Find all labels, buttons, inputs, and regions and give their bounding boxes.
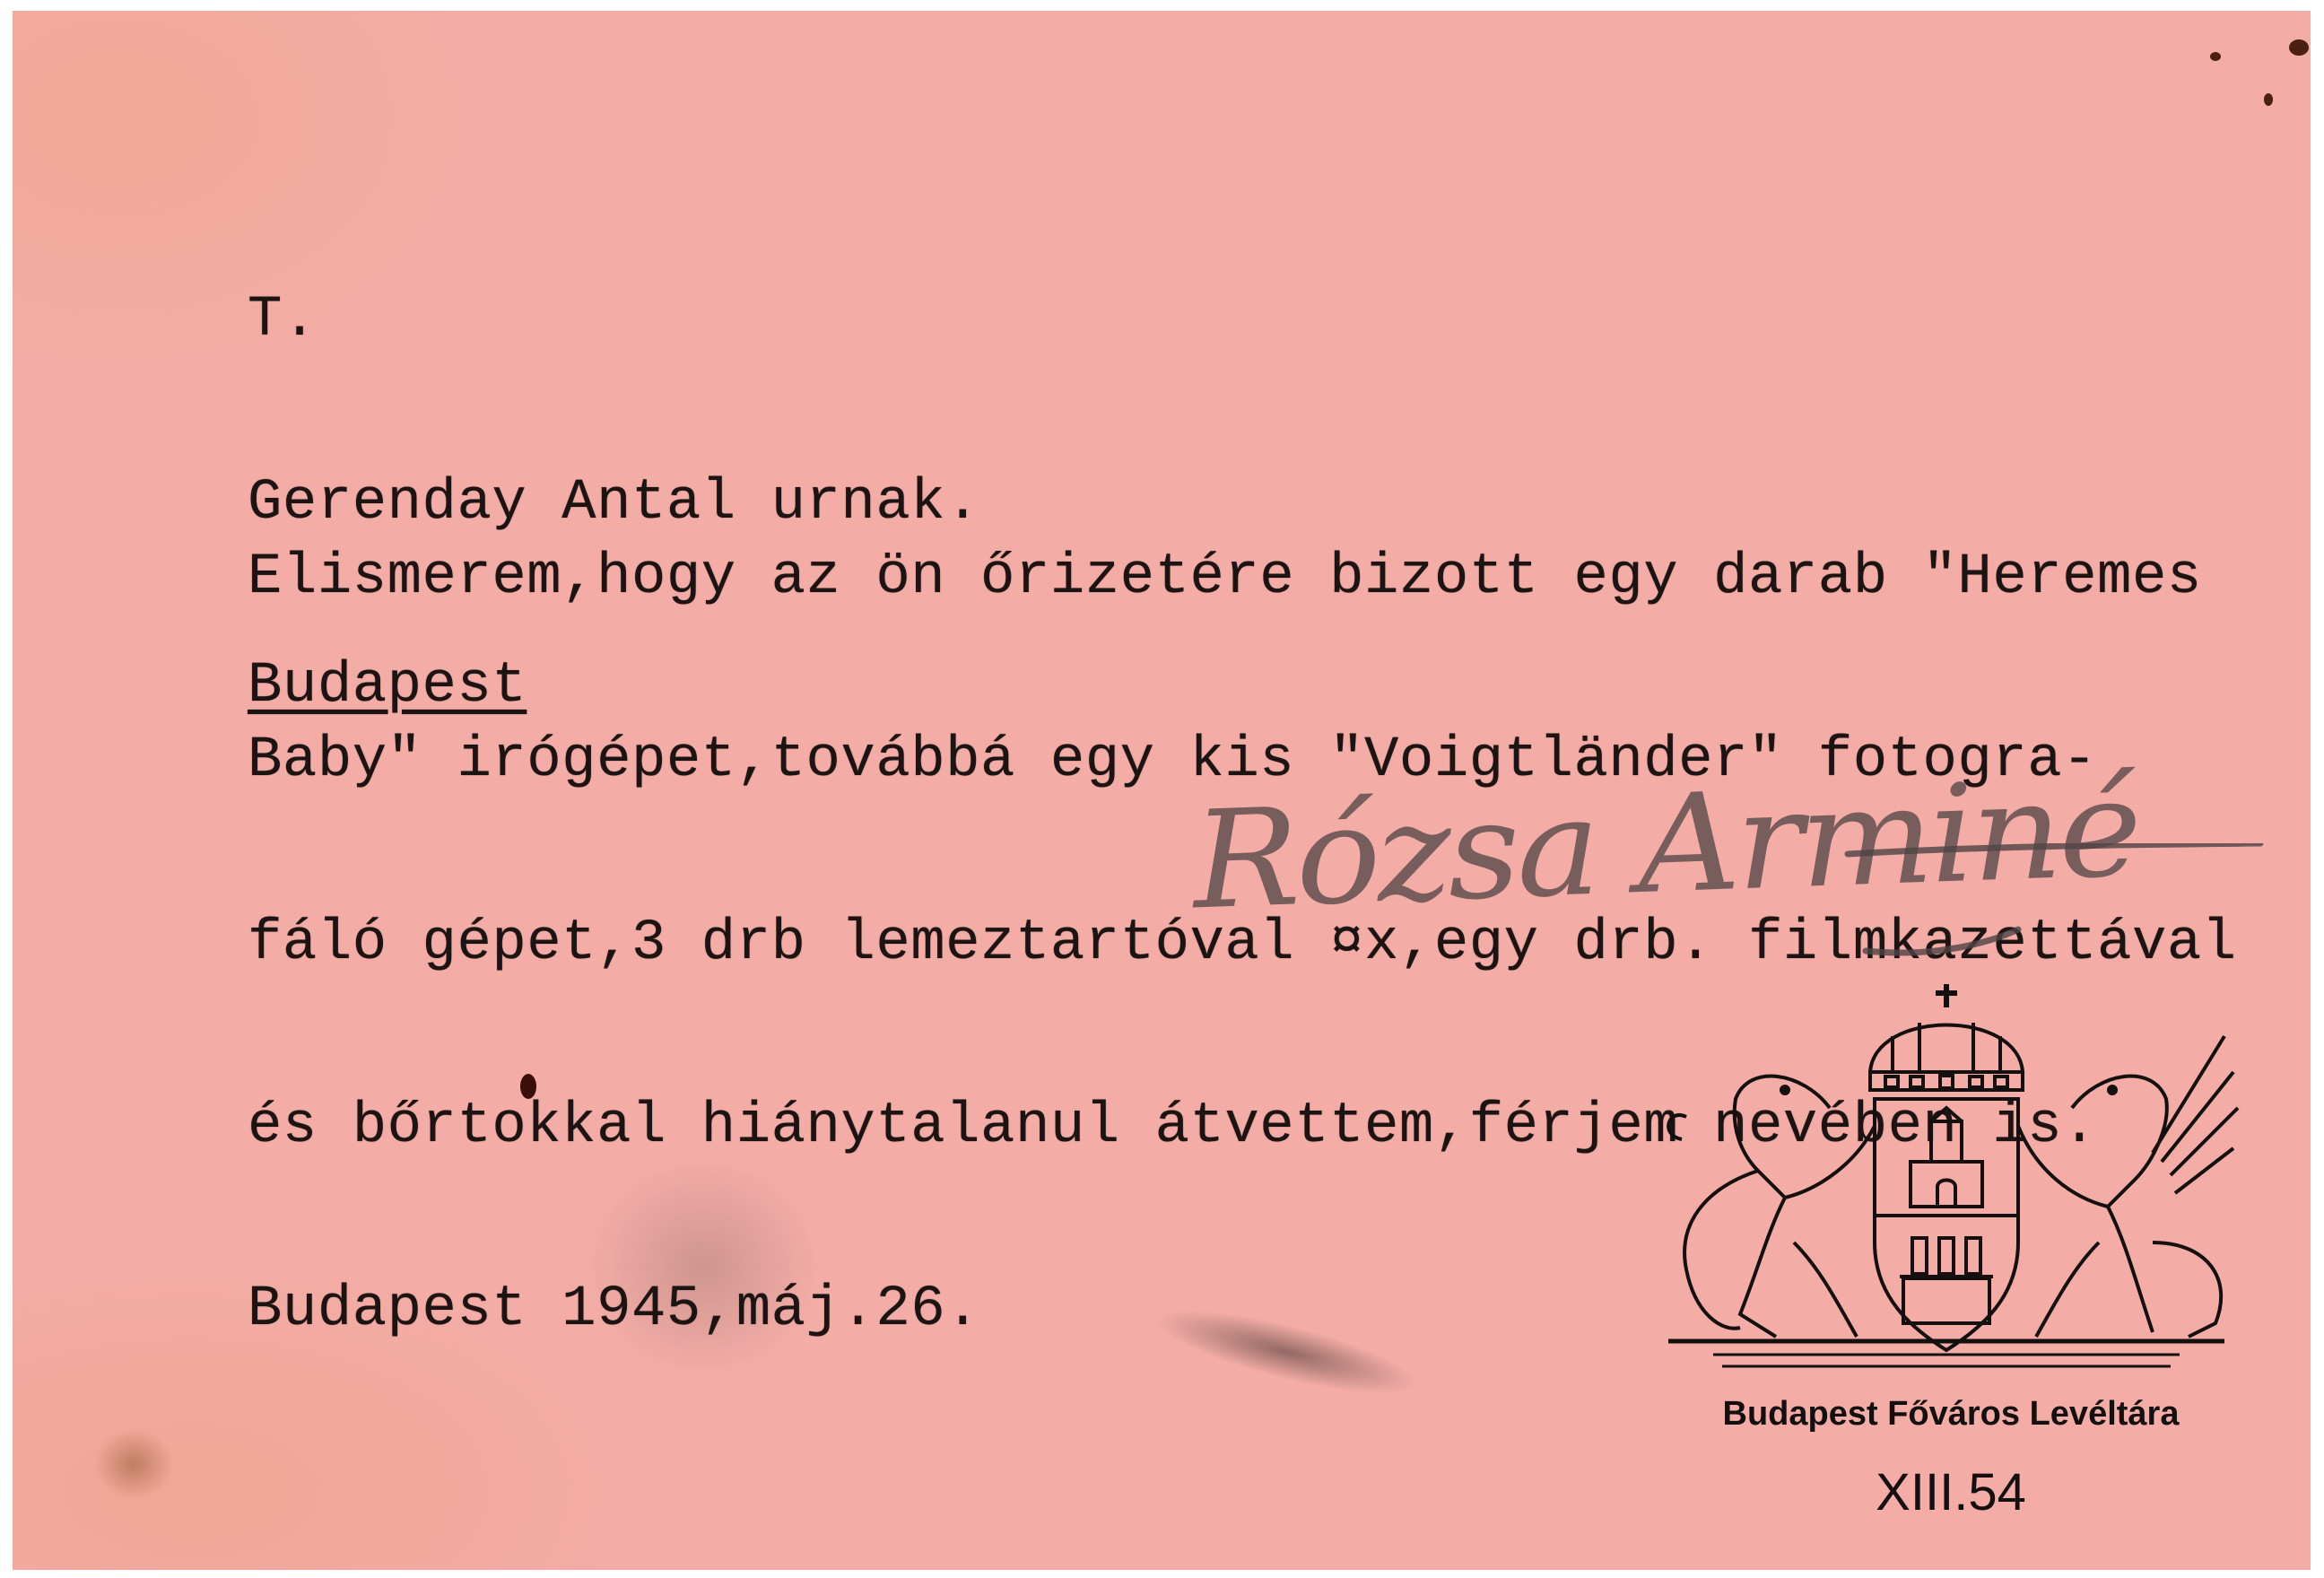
ink-spot bbox=[2210, 52, 2221, 61]
archive-reference: XIII.54 bbox=[1650, 1462, 2251, 1522]
ink-spot bbox=[2289, 39, 2309, 56]
stain bbox=[93, 1428, 174, 1500]
body-line: Elismerem,hogy az ön őrizetére bizott eg… bbox=[248, 547, 2237, 608]
signature-flourish bbox=[1597, 843, 2278, 969]
ink-spot bbox=[2264, 93, 2273, 106]
archive-name: Budapest Főváros Levéltára bbox=[1650, 1395, 2251, 1434]
budapest-coat-of-arms-icon bbox=[1650, 973, 2242, 1377]
salutation: T. bbox=[248, 290, 980, 351]
